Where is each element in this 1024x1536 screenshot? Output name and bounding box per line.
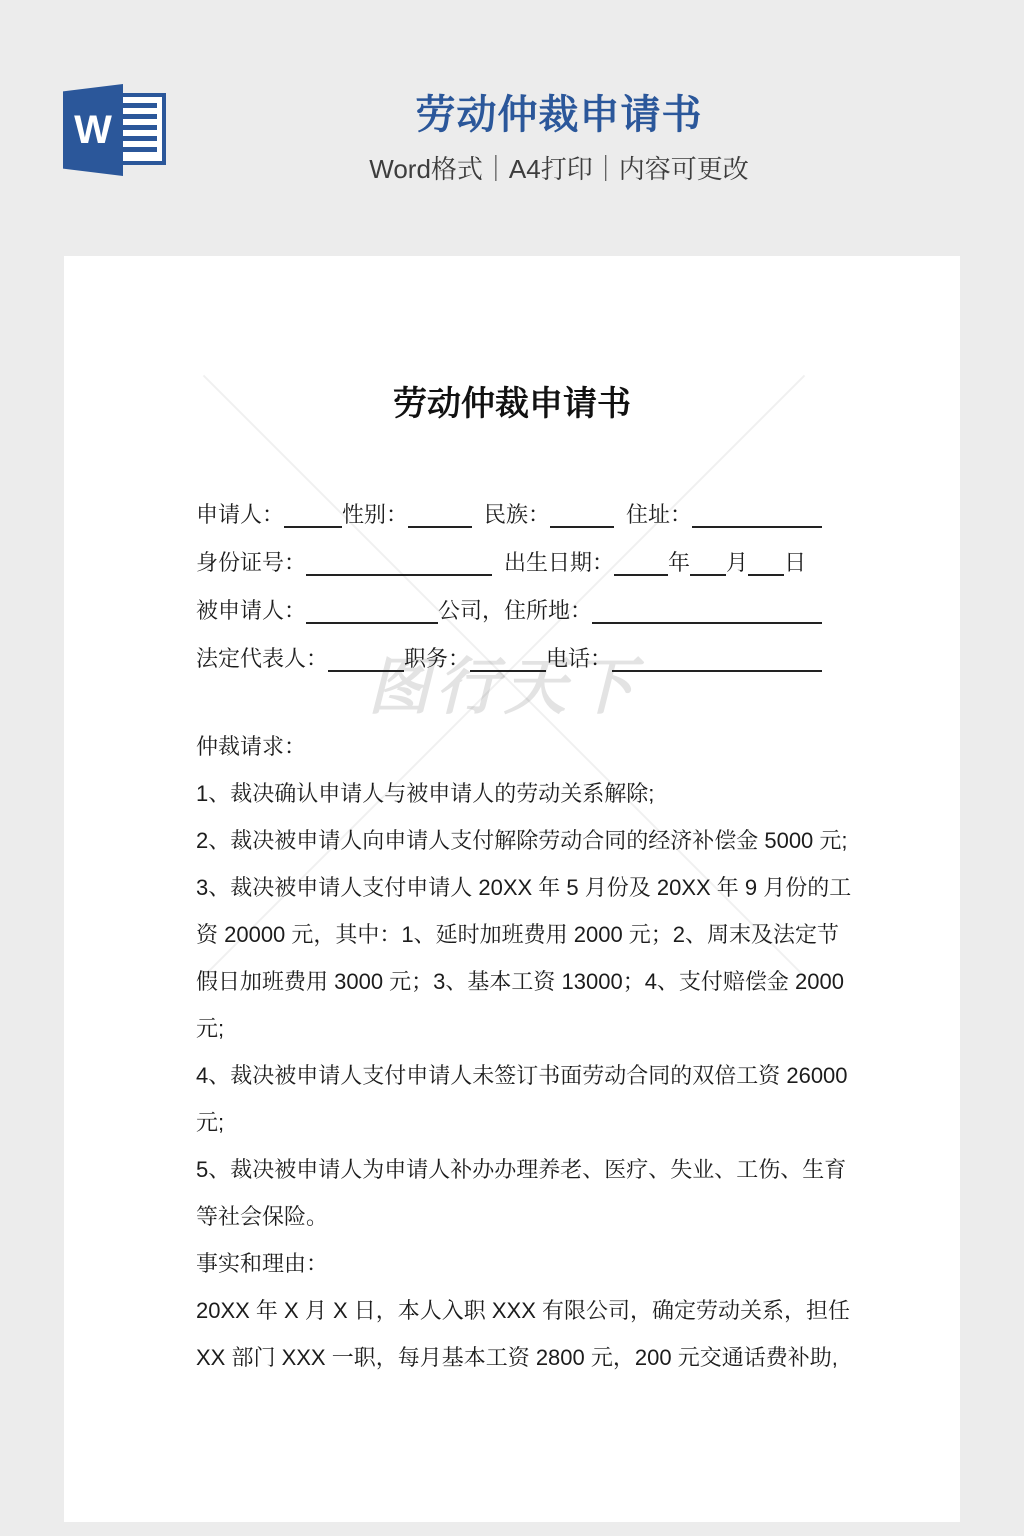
field-label: 申请人：: [196, 491, 284, 539]
header: W 劳动仲裁申请书 Word格式｜A4打印｜内容可更改: [0, 0, 1024, 256]
document-page: 图行天下 劳动仲裁申请书 申请人：性别：民族：住址：身份证号：出生日期：年月日被…: [64, 256, 960, 1522]
blank-field: [306, 602, 438, 624]
field-label: 法定代表人：: [196, 635, 328, 683]
paragraph-line: 假日加班费用 3000 元；3、基本工资 13000；4、支付赔偿金 2000: [196, 958, 850, 1005]
blank-field: [612, 650, 822, 672]
watermark-text: 图行天下: [368, 656, 640, 718]
field-label: 身份证号：: [196, 539, 306, 587]
form-line: 被申请人：公司，住所地：: [196, 587, 850, 635]
blank-field: [692, 506, 822, 528]
field-label: 性别：: [342, 491, 408, 539]
paragraph-line: 3、裁决被申请人支付申请人 20XX 年 5 月份及 20XX 年 9 月份的工: [196, 864, 850, 911]
field-label: 月: [726, 539, 748, 587]
paragraph-line: 事实和理由：: [196, 1240, 850, 1287]
paragraph-line: 资 20000 元，其中：1、延时加班费用 2000 元；2、周末及法定节: [196, 911, 850, 958]
blank-field: [690, 554, 726, 576]
blank-field: [408, 506, 472, 528]
paragraph-line: XX 部门 XXX 一职，每月基本工资 2800 元，200 元交通话费补助,: [196, 1334, 850, 1381]
form-line: 申请人：性别：民族：住址：: [196, 491, 850, 539]
paragraph-line: 5、裁决被申请人为申请人补办办理养老、医疗、失业、工伤、生育: [196, 1146, 850, 1193]
paragraph-line: 等社会保险。: [196, 1193, 850, 1240]
field-label: 民族：: [484, 491, 550, 539]
form-line: 身份证号：出生日期：年月日: [196, 539, 850, 587]
document-body: 仲裁请求：1、裁决确认申请人与被申请人的劳动关系解除;2、裁决被申请人向申请人支…: [196, 723, 850, 1381]
paragraph-line: 元;: [196, 1099, 850, 1146]
paragraph-line: 2、裁决被申请人向申请人支付解除劳动合同的经济补偿金 5000 元;: [196, 817, 850, 864]
field-label: 被申请人：: [196, 587, 306, 635]
paragraph-line: 元;: [196, 1005, 850, 1052]
blank-field: [592, 602, 822, 624]
paragraph-line: 1、裁决确认申请人与被申请人的劳动关系解除;: [196, 770, 850, 817]
paragraph-line: 20XX 年 X 月 X 日，本人入职 XXX 有限公司，确定劳动关系，担任: [196, 1287, 850, 1334]
blank-field: [284, 506, 342, 528]
document-title: 劳动仲裁申请书: [64, 256, 960, 424]
blank-field: [748, 554, 784, 576]
page-background: W 劳动仲裁申请书 Word格式｜A4打印｜内容可更改 图行天下 劳动仲裁申请书…: [0, 0, 1024, 1536]
page-title: 劳动仲裁申请书: [47, 0, 1024, 137]
field-label: 日: [784, 539, 806, 587]
paragraph-line: 仲裁请求：: [196, 723, 850, 770]
paragraph-line: 4、裁决被申请人支付申请人未签订书面劳动合同的双倍工资 26000: [196, 1052, 850, 1099]
header-text: 劳动仲裁申请书 Word格式｜A4打印｜内容可更改: [47, 0, 1024, 184]
blank-field: [550, 506, 614, 528]
page-subtitle: Word格式｜A4打印｜内容可更改: [47, 154, 1024, 184]
field-label: 年: [668, 539, 690, 587]
